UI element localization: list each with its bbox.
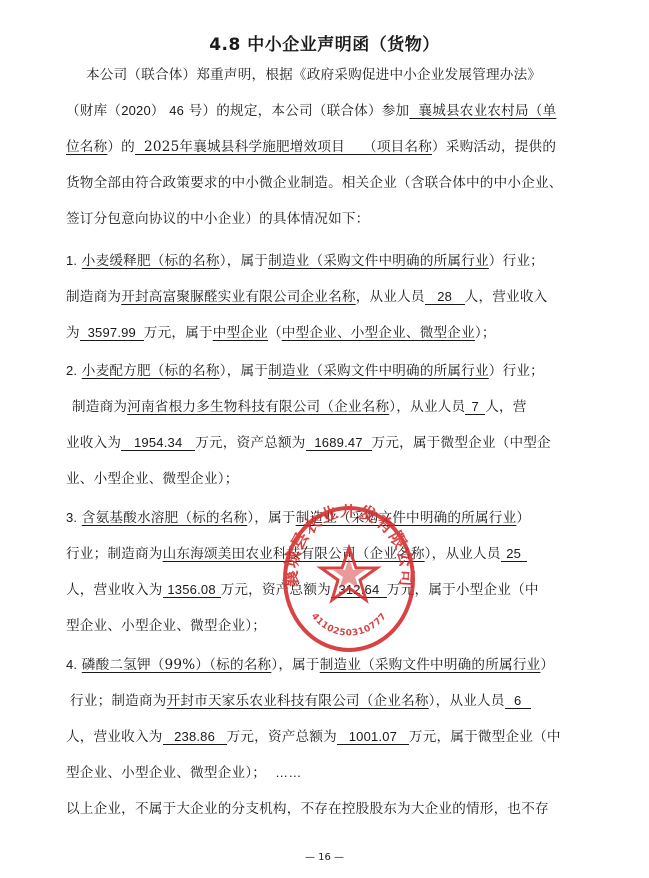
page-number: — 16 — bbox=[0, 852, 649, 863]
text: 从业人员 bbox=[449, 693, 504, 709]
text: 从业人员 bbox=[410, 399, 465, 415]
intro-line-2: （财库（2020） 46 号）的规定，本公司（联合体）参加 襄城县农业农村局（单 bbox=[66, 102, 556, 120]
text: 属于 bbox=[185, 325, 213, 341]
intro-line-4: 货物全部由符合政策要求的中小微企业制造。相关企业（含联合体中的中小企业、 bbox=[66, 174, 563, 192]
document-number: 46 bbox=[169, 103, 184, 118]
employee-count: 7 bbox=[465, 399, 485, 415]
enterprise-size: 微型企业 bbox=[441, 435, 496, 451]
item-4-line-2: 行业；制造商为开封市天家乐农业科技有限公司（企业名称），从业人员6 bbox=[70, 692, 531, 710]
enterprise-size: 微型企业 bbox=[478, 729, 533, 745]
text: 营业收入为 bbox=[94, 582, 163, 598]
item-4-line-3: 人，营业收入为238.86万元，资产总额为1001.07万元，属于微型企业（中 bbox=[66, 728, 561, 746]
text: 万元， bbox=[195, 435, 236, 451]
text: 万元， bbox=[387, 582, 428, 598]
total-assets: 312.64 bbox=[331, 582, 387, 598]
text: 属于 bbox=[413, 435, 441, 451]
text: 从业人员 bbox=[445, 546, 500, 562]
text: ）； bbox=[475, 325, 496, 341]
item-2-line-2: 制造商为河南省根力多生物科技有限公司（企业名称），从业人员7人，营 bbox=[72, 398, 527, 416]
text: ）， bbox=[389, 399, 410, 415]
total-assets: 1689.47 bbox=[306, 435, 372, 451]
employee-count: 28 bbox=[425, 289, 465, 305]
employee-count: 6 bbox=[505, 693, 531, 709]
text: 货物全部由符合政策要求的中小微企业制造。相关企业（含联合体中的中小企业、 bbox=[66, 175, 563, 191]
text: ），属于 bbox=[220, 253, 268, 269]
text: 万元， bbox=[227, 729, 268, 745]
item-1-line-3: 为3597.99万元，属于中型企业（中型企业、小型企业、微型企业）； bbox=[66, 324, 496, 342]
industry: 制造业（采购文件中明确的所属行业 bbox=[320, 657, 541, 673]
item-2-line-3: 业收入为1954.34万元，资产总额为1689.47万元，属于微型企业（中型企 bbox=[66, 434, 551, 452]
text: ） bbox=[151, 103, 165, 119]
text: 制造商为 bbox=[107, 546, 162, 562]
text: 万元， bbox=[372, 435, 413, 451]
product-name: 小麦缓释肥（标的名称 bbox=[82, 253, 220, 269]
purchaser-unit: 襄城县农业农村局（单 bbox=[409, 103, 556, 119]
intro-line-5: 签订分包意向协议的中小企业）的具体情况如下： bbox=[66, 210, 369, 228]
manufacturer: 开封市天家乐农业科技有限公司（企业名称 bbox=[167, 693, 429, 709]
text: 号）的规定，本公司（联合体）参加 bbox=[184, 103, 409, 119]
revenue: 238.86 bbox=[163, 729, 227, 745]
item-number: 3. bbox=[66, 510, 77, 525]
item-number: 1. bbox=[66, 253, 77, 268]
industry: 制造业（采购文件中明确的所属行业 bbox=[268, 363, 489, 379]
svg-text:4110250310777: 4110250310777 bbox=[309, 611, 389, 638]
item-3-line-2: 行业；制造商为山东海颂美田农业科技有限公司（企业名称），从业人员25 bbox=[66, 545, 527, 563]
enterprise-size: 中型企业 bbox=[213, 325, 268, 341]
intro-line-3: 位名称）的 2025年襄城县科学施肥增效项目 （项目名称）采购活动，提供的 bbox=[66, 138, 556, 156]
text: 为 bbox=[66, 325, 80, 341]
product-name: 小麦配方肥（标的名称 bbox=[82, 363, 220, 379]
item-4-line-1: 4. 磷酸二氢钾（99%）（标的名称），属于制造业（采购文件中明确的所属行业） bbox=[66, 656, 554, 674]
text: ），属于 bbox=[247, 510, 295, 526]
text: ， bbox=[356, 289, 370, 305]
text: 行业； bbox=[66, 546, 107, 562]
manufacturer: 开封高富聚脲醛实业有限公司企业名称 bbox=[121, 289, 356, 305]
text: （ bbox=[268, 325, 282, 341]
revenue: 1954.34 bbox=[121, 435, 195, 451]
enterprise-size: 小型企业 bbox=[456, 582, 511, 598]
item-number: 4. bbox=[66, 657, 77, 672]
revenue: 3597.99 bbox=[80, 325, 144, 341]
conclusion-line: 以上企业，不属于大企业的分支机构，不存在控股股东为大企业的情形，也不存 bbox=[66, 800, 549, 818]
text: 从业人员 bbox=[369, 289, 424, 305]
item-2-line-4: 业、小型企业、微型企业）； bbox=[66, 470, 239, 488]
text: ）采购活动，提供的 bbox=[432, 139, 556, 155]
year: 2020 bbox=[121, 103, 151, 118]
item-number: 2. bbox=[66, 363, 77, 378]
item-3-line-3: 人，营业收入为1356.08万元，资产总额为312.64万元，属于小型企业（中 bbox=[66, 581, 539, 599]
text: ）， bbox=[429, 693, 450, 709]
ellipsis: …… bbox=[275, 765, 301, 780]
text: 资产总额为 bbox=[268, 729, 337, 745]
purchaser-unit-label: 位名称 bbox=[66, 139, 107, 155]
text: 万元， bbox=[221, 582, 262, 598]
text: 万元， bbox=[144, 325, 185, 341]
revenue: 1356.08 bbox=[163, 582, 221, 598]
project-name: 2025年襄城县科学施肥增效项目 （项目名称 bbox=[135, 139, 432, 155]
text: ）的 bbox=[107, 139, 135, 155]
text: 人， bbox=[66, 729, 94, 745]
product-name: 磷酸二氢钾（99%）（标的名称 bbox=[82, 657, 272, 673]
item-1-line-1: 1. 小麦缓释肥（标的名称），属于制造业（采购文件中明确的所属行业）行业； bbox=[66, 252, 544, 270]
text: 资产总额为 bbox=[237, 435, 306, 451]
item-3-line-4: 型企业、小型企业、微型企业）； bbox=[66, 617, 266, 635]
manufacturer: 河南省根力多生物科技有限公司（企业名称 bbox=[127, 399, 389, 415]
size-options: 中型企业、小型企业、微型企业 bbox=[282, 325, 475, 341]
text: ）行业； bbox=[489, 253, 544, 269]
text: ），属于 bbox=[271, 657, 319, 673]
page-title: 4.8 中小企业声明函（货物） bbox=[0, 30, 649, 55]
text: ）， bbox=[425, 546, 446, 562]
industry: 制造业（采购文件中明确的所属行业 bbox=[268, 253, 489, 269]
text: 资产总额为 bbox=[262, 582, 331, 598]
text: 人， bbox=[66, 582, 94, 598]
text: 制造商为 bbox=[72, 399, 127, 415]
text: 万元， bbox=[409, 729, 450, 745]
intro-line-1: 本公司（联合体）郑重声明，根据《政府采购促进中小企业发展管理办法》 bbox=[86, 66, 541, 84]
employee-count: 25 bbox=[501, 546, 527, 562]
item-3-line-1: 3. 含氨基酸水溶肥（标的名称），属于制造业（采购文件中明确的所属行业） bbox=[66, 509, 530, 527]
product-name: 含氨基酸水溶肥（标的名称 bbox=[82, 510, 248, 526]
text: ）行业； bbox=[489, 363, 544, 379]
text: 签订分包意向协议的中小企业）的具体情况如下： bbox=[66, 211, 369, 227]
text: 人， bbox=[465, 289, 493, 305]
text: 以上企业，不属于大企业的分支机构，不存在控股股东为大企业的情形，也不存 bbox=[66, 801, 549, 817]
intro-text: 本公司（联合体）郑重声明，根据《政府采购促进中小企业发展管理办法》 bbox=[86, 67, 541, 83]
text: 行业； bbox=[70, 693, 111, 709]
text: 人， bbox=[485, 399, 513, 415]
text: 属于 bbox=[450, 729, 478, 745]
manufacturer: 山东海颂美田农业科技有限公司（企业名称 bbox=[163, 546, 425, 562]
total-assets: 1001.07 bbox=[337, 729, 409, 745]
text: 营业收入为 bbox=[94, 729, 163, 745]
text: 制造商为 bbox=[66, 289, 121, 305]
document-page: 4.8 中小企业声明函（货物） 本公司（联合体）郑重声明，根据《政府采购促进中小… bbox=[0, 0, 649, 878]
text: 制造商为 bbox=[111, 693, 166, 709]
industry: 制造业（采购文件中明确的所属行业 bbox=[296, 510, 517, 526]
text: 属于 bbox=[428, 582, 456, 598]
item-1-line-2: 制造商为开封高富聚脲醛实业有限公司企业名称，从业人员28人，营业收入 bbox=[66, 288, 547, 306]
text: （财库（ bbox=[66, 103, 121, 119]
text: ），属于 bbox=[220, 363, 268, 379]
item-2-line-1: 2. 小麦配方肥（标的名称），属于制造业（采购文件中明确的所属行业）行业； bbox=[66, 362, 544, 380]
item-4-line-4: 型企业、小型企业、微型企业）； …… bbox=[66, 764, 302, 782]
